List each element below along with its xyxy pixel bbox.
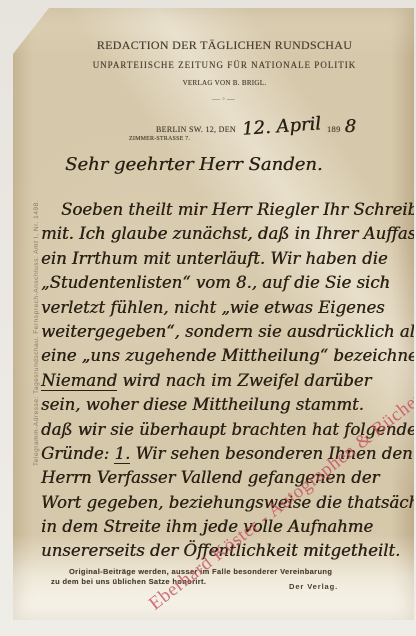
dateline: BERLIN SW. 12, DEN 12. April 189 8 — [156, 116, 356, 137]
street-printed: ZIMMER-STRASSE 7. — [129, 136, 190, 142]
publisher-signature: Der Verlag. — [289, 582, 338, 591]
salutation: Sehr geehrter Herr Sanden. — [65, 154, 323, 175]
underlined-number-1: 1. — [114, 444, 130, 464]
scan-background: REDACTION DER TÄGLICHEN RUNDSCHAU UNPART… — [0, 0, 416, 636]
underlined-word-niemand: Niemand — [41, 371, 117, 391]
handwriting-line-13: Wort gegeben, beziehungsweise die thatsä… — [41, 491, 414, 515]
letter-paper: REDACTION DER TÄGLICHEN RUNDSCHAU UNPART… — [13, 8, 414, 620]
ornament-divider: —◦— — [13, 94, 414, 103]
line-8-rest: wird nach im Zweifel darüber — [117, 371, 371, 390]
handwriting-line-2: mit. Ich glaube zunächst, daß in Ihrer A… — [41, 222, 414, 246]
letter-body: Soeben theilt mir Herr Riegler Ihr Schre… — [41, 198, 414, 564]
handwriting-line-8: Niemand wird nach im Zweifel darüber — [41, 369, 414, 393]
handwriting-line-7: eine „uns zugehende Mittheilung“ bezeich… — [41, 344, 414, 368]
city-printed: BERLIN SW. 12, DEN — [156, 125, 236, 134]
handwriting-line-12: Herrn Verfasser Vallend gefangenen der — [41, 466, 414, 490]
telegram-address-note: Telegramm-Adresse: Tagesrundschau. Ferns… — [33, 154, 40, 466]
handwritten-year-digit: 8 — [345, 116, 356, 137]
handwriting-line-3: ein Irrthum mit unterläuft. Wir haben di… — [41, 247, 414, 271]
handwriting-line-5: verletzt fühlen, nicht „wie etwas Eigene… — [41, 296, 414, 320]
handwriting-line-9: sein, woher diese Mittheilung stammt. — [41, 393, 414, 417]
publisher-line: VERLAG VON B. BRIGL. — [13, 79, 414, 87]
printed-year: 189 — [327, 124, 341, 134]
line-11-pre: Gründe: — [41, 444, 114, 463]
letterhead-title: REDACTION DER TÄGLICHEN RUNDSCHAU — [13, 38, 414, 53]
handwriting-line-6: weitergegeben“, sondern sie ausdrücklich… — [41, 320, 414, 344]
handwriting-line-4: „Studentenlisten“ vom 8., auf die Sie si… — [41, 271, 414, 295]
letterhead-subtitle: UNPARTEIISCHE ZEITUNG FÜR NATIONALE POLI… — [13, 60, 414, 70]
handwriting-line-1: Soeben theilt mir Herr Riegler Ihr Schre… — [41, 198, 414, 222]
handwritten-date: 12. April — [241, 113, 321, 139]
